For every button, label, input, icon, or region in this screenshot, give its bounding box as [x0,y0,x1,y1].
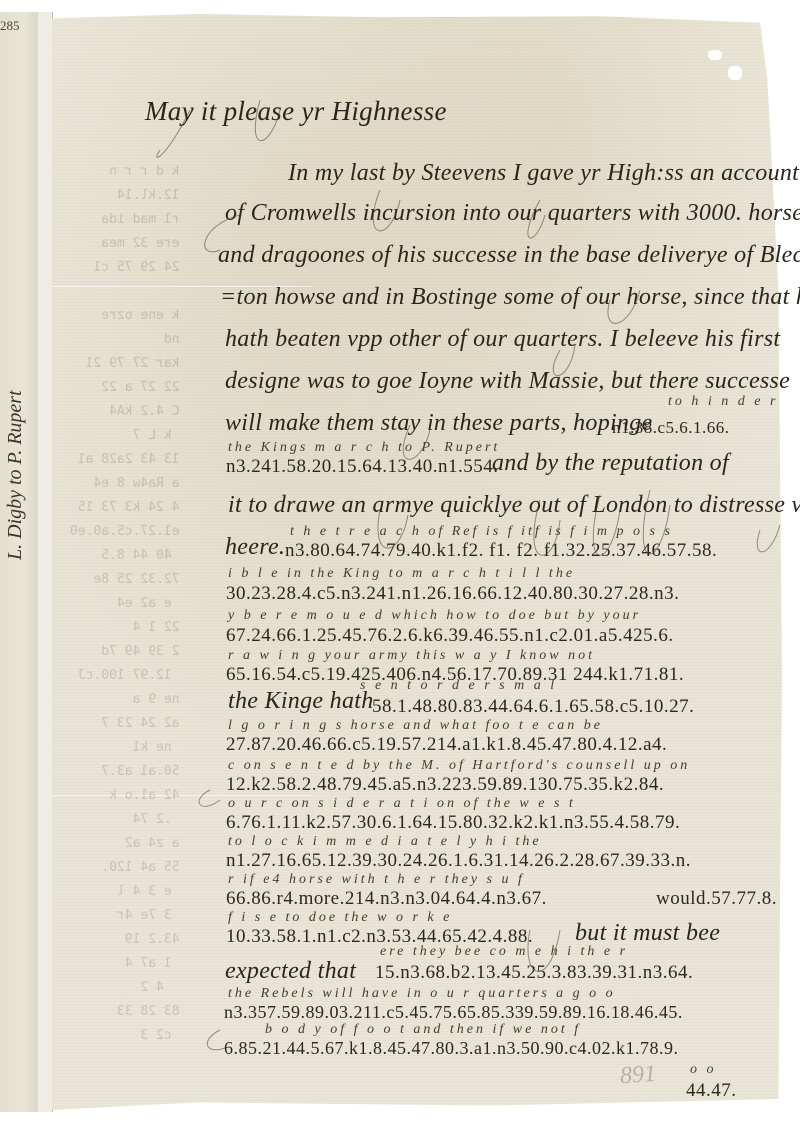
cipher-numbers: n3.80.64.74.79.40.k1.f2. f1. f2. f1.32.2… [285,540,717,562]
decipher-gloss: l g o r i n g s horse and what foo t e c… [228,718,603,734]
letter-line: heere. [225,534,285,561]
decipher-gloss: r a w i n g your army this w a y I know … [228,648,595,664]
archive-pencil-number: 891 [619,1061,657,1090]
cipher-numbers: 6.85.21.44.5.67.k1.8.45.47.80.3.a1.n3.50… [224,1038,678,1059]
left-facing-leaf [0,12,39,1112]
decipher-gloss: c on s e n t e d by the M. of Hartford's… [228,758,690,774]
letter-line: the Kinge hath [228,688,374,715]
folio-number: 285 [0,18,20,34]
cipher-numbers: n1.27.16.65.12.39.30.24.26.1.6.31.14.26.… [226,850,691,872]
decipher-gloss: ere they bee co m e h i th e r [380,944,628,960]
letter-line: In my last by Steevens I gave yr High:ss… [288,160,799,187]
decipher-gloss: b o d y of f o o t and then if we not f [265,1022,581,1038]
cipher-numbers: n3.357.59.89.03.211.c5.45.75.65.85.339.5… [224,1002,683,1023]
cipher-numbers: n3.241.58.20.15.64.13.40.n1.554. [226,456,499,478]
decipher-gloss: f i s e to doe the w o r k e [228,910,452,926]
decipher-gloss: i b l e in the King to m a r c h t i l l… [228,566,575,582]
decipher-gloss: to l o c k i m m e d i a t e l y h i the [228,834,542,850]
decipher-gloss: s e n t o r d e r s m a l [360,678,557,694]
letter-line: expected that [225,958,356,985]
decipher-gloss: to h i n d e r [668,394,778,410]
cipher-numbers: 15.n3.68.b2.13.45.25.3.83.39.31.n3.64. [375,962,693,984]
cipher-numbers: n1.38.c5.6.1.66. [612,418,730,438]
cipher-numbers: 44.47. [686,1080,737,1102]
cipher-numbers: 30.23.28.4.c5.n3.241.n1.26.16.66.12.40.8… [226,583,679,605]
letter-line: of Cromwells incursion into our quarters… [225,200,800,227]
decipher-gloss: o u r c on s i d e r a t i on of the w e… [228,796,576,812]
letter-line: it to drawe an armye quicklye out of Lon… [228,492,800,519]
decipher-gloss: r if e4 horse with t h e r they s u f [228,872,525,888]
binding-gutter [38,12,53,1112]
cipher-numbers: would.57.77.8. [656,888,777,910]
letter-line: and dragoones of his successe in the bas… [218,242,800,269]
salutation: May it please yr Highnesse [145,96,447,127]
letter-line: and by the reputation of [492,450,729,477]
letter-line: designe was to goe Ioyne with Massie, bu… [225,368,790,395]
margin-endorsement: L. Digby to P. Rupert [4,300,27,560]
decipher-gloss: y b e r e m o u e d which how to doe but… [228,608,641,624]
cipher-numbers: 6.76.1.11.k2.57.30.6.1.64.15.80.32.k2.k1… [226,812,680,834]
reverse-bleed-through: k d r r n 12.kl.14 r1 mad ida ere 32 mea… [70,160,195,1048]
decipher-gloss: o o [690,1062,717,1078]
decipher-gloss: the Rebels will have in o u r quarters a… [228,986,616,1002]
letter-line: hath beaten vpp other of our quarters. I… [225,326,780,353]
cipher-numbers: 12.k2.58.2.48.79.45.a5.n3.223.59.89.130.… [226,774,664,796]
cipher-numbers: 58.1.48.80.83.44.64.6.1.65.58.c5.10.27. [372,696,694,718]
paper-damage-hole [728,66,742,80]
paper-damage-hole [708,50,722,60]
cipher-numbers: 27.87.20.46.66.c5.19.57.214.a1.k1.8.45.4… [226,734,667,756]
decipher-gloss: t h e t r e a c h of Ref is f itf is f i… [290,524,673,540]
letter-line: but it must bee [575,920,720,947]
letter-line: will make them stay in these parts, hopi… [225,410,653,437]
cipher-numbers: 66.86.r4.more.214.n3.n3.04.64.4.n3.67. [226,888,547,910]
letter-line: =ton howse and in Bostinge some of our h… [220,284,800,311]
decipher-gloss: the Kings m a r c h to P. Rupert [228,440,500,456]
cipher-numbers: 67.24.66.1.25.45.76.2.6.k6.39.46.55.n1.c… [226,625,674,647]
